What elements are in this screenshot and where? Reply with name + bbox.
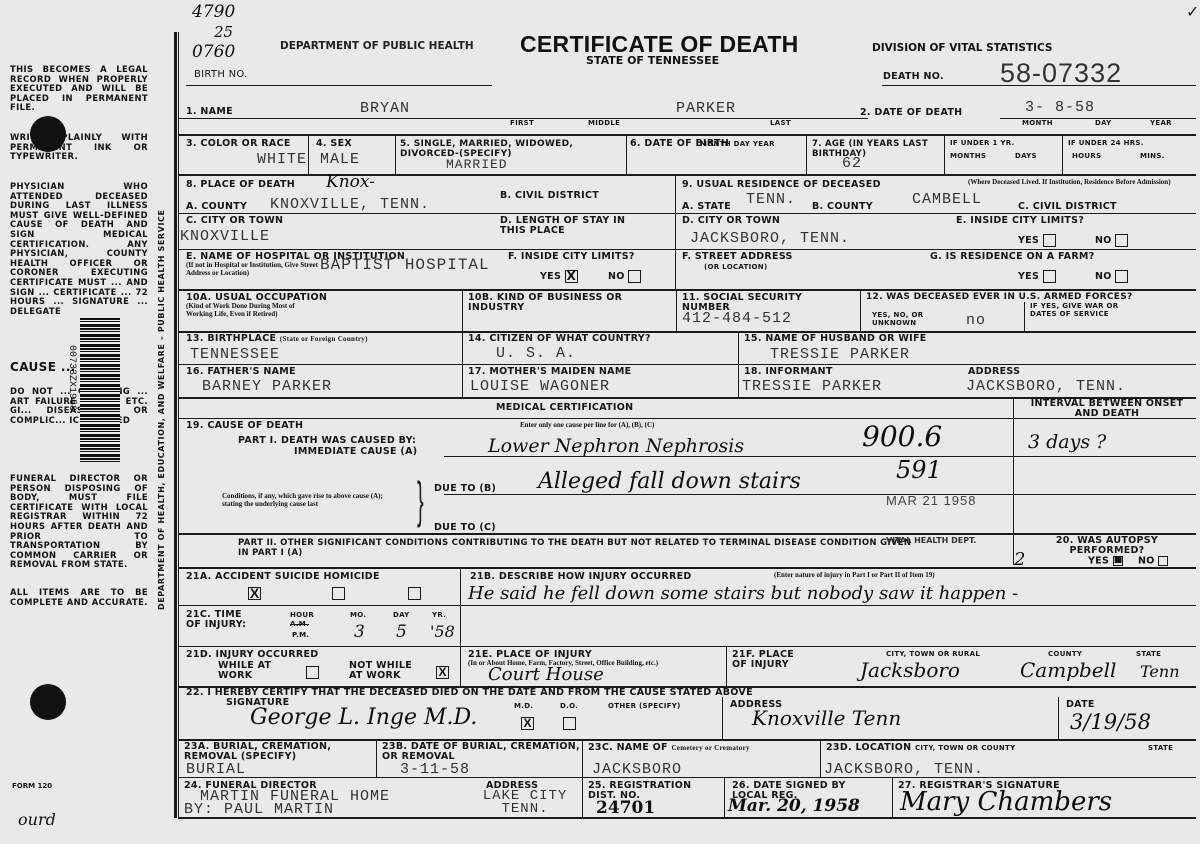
residence-inside-yes-checkbox[interactable]: [1043, 234, 1056, 247]
divider: [582, 739, 583, 777]
describe-injury-value: He said he fell down some stairs but nob…: [468, 584, 1018, 604]
received-stamp: MAR 21 1958: [886, 493, 977, 508]
birthplace-value: TENNESSEE: [190, 347, 280, 363]
injury-state-value: Tenn: [1140, 662, 1180, 682]
department-label: DEPARTMENT OF PUBLIC HEALTH: [280, 40, 474, 52]
suicide-checkbox[interactable]: [332, 587, 345, 600]
street-address-label: F. STREET ADDRESS: [682, 252, 793, 262]
year-label: YEAR: [1150, 120, 1172, 128]
residence-inside-no-checkbox[interactable]: [1115, 234, 1128, 247]
divider: [308, 134, 309, 174]
informant-address-value: JACKSBORO, TENN.: [966, 379, 1126, 395]
funeral-director-by: BY: PAUL MARTIN: [184, 802, 334, 818]
place-of-death-handwritten: Knox-: [326, 172, 375, 192]
part-2-label: PART II. OTHER SIGNIFICANT CONDITIONS CO…: [238, 538, 918, 558]
divider: [462, 289, 463, 331]
residence-county-value: CAMBELL: [912, 192, 982, 208]
inside-city-yes-checkbox[interactable]: X: [565, 270, 578, 283]
due-to-b-label: DUE TO (B): [434, 484, 496, 494]
inside-city-limits-label: F. INSIDE CITY LIMITS?: [508, 252, 635, 262]
armed-forces-value: no: [966, 313, 986, 329]
divider: [806, 134, 807, 174]
autopsy-yes-checkbox[interactable]: ■: [1113, 556, 1123, 566]
not-while-at-work-checkbox-wrap[interactable]: X: [436, 664, 449, 682]
autopsy-yes[interactable]: YES ■: [1088, 556, 1123, 567]
divider: [722, 697, 723, 739]
injury-type-label: 21A. ACCIDENT SUICIDE HOMICIDE: [186, 571, 380, 582]
row-divider: [178, 777, 1196, 778]
armed-forces-sub: YES, NO, OR UNKNOWN: [872, 312, 942, 327]
do-checkbox[interactable]: [563, 717, 576, 730]
row-divider: [178, 605, 1196, 606]
civil-district-label: B. CIVIL DISTRICT: [500, 191, 620, 201]
divider: [582, 777, 583, 818]
armed-forces-label: 12. WAS DECEASED EVER IN U.S. ARMED FORC…: [866, 292, 1133, 302]
residence-inside-yes[interactable]: YES: [1018, 234, 1056, 247]
street-address-note: (OR LOCATION): [704, 264, 767, 272]
health-dept-stamp: VITAL HEALTH DEPT.: [886, 536, 976, 545]
yes-label: YES: [1088, 556, 1109, 567]
burial-date-label: 23B. DATE OF BURIAL, CREMATION, OR REMOV…: [382, 742, 582, 761]
row-divider: [178, 289, 1196, 291]
row-divider: [178, 646, 1196, 647]
other-label: OTHER (SPECIFY): [608, 703, 681, 711]
burial-method-value: BURIAL: [186, 762, 246, 778]
informant-label: 18. INFORMANT: [744, 367, 833, 377]
cause-a-code: 900.6: [862, 422, 942, 452]
residence-county-label: B. COUNTY: [812, 202, 873, 212]
county-value: KNOXVILLE, TENN.: [270, 197, 430, 213]
accident-checkbox[interactable]: X: [248, 587, 261, 600]
occupation-note: (Kind of Work Done During Most of Workin…: [186, 303, 316, 318]
burial-location-label: 23D. LOCATION CITY, TOWN OR COUNTY: [826, 743, 1015, 753]
residence-state-label: A. STATE: [682, 202, 731, 212]
place-of-injury-value: Court House: [488, 665, 604, 685]
divider: [376, 739, 377, 777]
injury-city-value: Jacksboro: [860, 660, 960, 680]
injury-state-label: STATE: [1136, 651, 1161, 659]
place-f-label: 21F. PLACE OF INJURY: [732, 650, 802, 670]
birth-no-line: [186, 85, 492, 86]
row-divider: [178, 533, 1196, 535]
hospital-value: BAPTIST HOSPITAL: [320, 257, 490, 273]
medical-certification-title: MEDICAL CERTIFICATION: [496, 403, 633, 413]
cemetery-value: JACKSBORO: [592, 762, 682, 778]
birthplace-label: 13. BIRTHPLACE (State or Foreign Country…: [186, 334, 368, 344]
inside-city-no-checkbox[interactable]: [628, 270, 641, 283]
injury-month-value: 3: [354, 622, 365, 642]
death-no-label: DEATH NO.: [883, 72, 944, 82]
divider: [1024, 302, 1025, 331]
sex-value: MALE: [320, 152, 360, 168]
certify-date-label: DATE: [1066, 700, 1095, 710]
divider: [460, 646, 461, 688]
residence-inside-no[interactable]: NO: [1095, 234, 1128, 247]
registration-district-value: 24701: [596, 798, 655, 818]
city-value: KNOXVILLE: [180, 229, 270, 245]
injury-day-value: 5: [396, 622, 407, 642]
notice-funeral-director: FUNERAL DIRECTOR OR PERSON DISPOSING OF …: [10, 474, 148, 570]
location-note: CITY, TOWN OR COUNTY: [915, 744, 1016, 752]
yes-label: YES: [1018, 271, 1039, 282]
spouse-value: TRESSIE PARKER: [770, 347, 910, 363]
funeral-address-value: LAKE CITY TENN.: [466, 790, 584, 816]
row-divider: [178, 364, 1196, 365]
farm-label: G. IS RESIDENCE ON A FARM?: [930, 252, 1095, 262]
divider: [1013, 397, 1014, 565]
do-checkbox-wrap[interactable]: [563, 715, 576, 733]
hour-label: HOUR: [290, 612, 314, 620]
city-label: C. CITY OR TOWN: [186, 216, 283, 226]
birthplace-note: (State or Foreign Country): [280, 335, 368, 343]
death-no-line: [882, 85, 1196, 86]
cause-instruction: Enter only one cause per line for (A), (…: [520, 422, 654, 430]
form-number: FORM 120: [12, 782, 52, 790]
hospital-note: (If not in Hospital or Institution, Give…: [186, 262, 318, 277]
state-label: STATE OF TENNESSEE: [586, 54, 719, 67]
autopsy-no-checkbox[interactable]: [1158, 556, 1168, 566]
date-of-death-value: 3- 8-58: [1025, 100, 1095, 116]
length-of-stay-label: D. LENGTH OF STAY IN THIS PLACE: [500, 216, 640, 236]
divider: [1062, 134, 1063, 174]
spouse-label: 15. NAME OF HUSBAND OR WIFE: [744, 334, 927, 344]
homicide-checkbox-wrap[interactable]: [408, 585, 421, 603]
cause-b-code: 591: [896, 460, 942, 480]
burial-method-label: 23A. BURIAL, CREMATION, REMOVAL (SPECIFY…: [184, 742, 384, 761]
yes-label: YES: [540, 271, 561, 282]
sex-label: 4. SEX: [316, 139, 352, 149]
punch-hole-bottom: [30, 684, 66, 720]
md-checkbox[interactable]: X: [521, 717, 534, 730]
notice-cause-title: CAUSE ... TH.: [10, 363, 148, 373]
name-label: 1. NAME: [186, 107, 233, 117]
vertical-department-text: DEPARTMENT OF HEALTH, EDUCATION, AND WEL…: [157, 195, 166, 625]
cause-b-line: [444, 494, 1196, 495]
color-race-value: WHITE: [257, 152, 307, 168]
notice-cause: DO NOT ... OF DYING ... ART FAILURE ... …: [10, 387, 148, 425]
months-label: MONTHS: [950, 153, 986, 161]
while-at-work-label: WHILE AT WORK: [218, 661, 288, 681]
do-label: D.O.: [560, 703, 578, 711]
conditions-note: Conditions, if any, which gave rise to a…: [222, 492, 400, 508]
registrar-signature: Mary Chambers: [900, 788, 1112, 816]
injury-county-value: Campbell: [1020, 660, 1116, 680]
county-label: A. COUNTY: [186, 202, 247, 212]
physician-signature: George L. Inge M.D.: [250, 708, 477, 728]
mother-label: 17. MOTHER'S MAIDEN NAME: [468, 367, 631, 377]
describe-injury-note: (Enter nature of injury in Part I or Par…: [774, 572, 935, 580]
cemetery-label: 23C. NAME OF Cemetery or Crematory: [588, 743, 750, 753]
cause-of-death-label: 19. CAUSE OF DEATH: [186, 421, 303, 431]
cause-b-value: Alleged fall down stairs: [538, 472, 801, 492]
date-signed-value: Mar. 20, 1958: [728, 796, 860, 816]
mins-label: MINS.: [1140, 153, 1165, 161]
farm-yes[interactable]: YES: [1018, 270, 1056, 283]
divider: [1058, 697, 1059, 739]
under-24-hrs-label: IF UNDER 24 HRS.: [1068, 140, 1144, 148]
ssn-value: 412-484-512: [682, 311, 792, 327]
row-divider: [178, 331, 1196, 333]
accident-label: 21A. ACCIDENT SUICIDE HOMICIDE: [186, 572, 380, 582]
notice-legal-record: THIS BECOMES A LEGAL RECORD WHEN PROPERL…: [10, 65, 148, 113]
autopsy-label: 20. WAS AUTOPSY PERFORMED?: [1032, 536, 1182, 556]
farm-yes-checkbox[interactable]: [1043, 270, 1056, 283]
marital-status-label: 5. SINGLE, MARRIED, WIDOWED, DIVORCED-(S…: [400, 139, 625, 159]
pm-label: P.M.: [292, 632, 309, 640]
date-of-death-label: 2. DATE OF DEATH: [860, 108, 962, 118]
farm-no-checkbox[interactable]: [1115, 270, 1128, 283]
immediate-cause-label: IMMEDIATE CAUSE (A): [294, 447, 417, 457]
cemetery-note: Cemetery or Crematory: [671, 744, 749, 752]
mo-label: MO.: [350, 612, 366, 620]
divider: [626, 134, 627, 174]
no-label: NO: [1138, 556, 1155, 567]
age-label: 7. AGE (IN YEARS LAST BIRTHDAY): [812, 139, 937, 159]
residence-city-value: JACKSBORO, TENN.: [690, 231, 850, 247]
clerk-initials: ourd: [18, 810, 56, 830]
birthplace-label-text: 13. BIRTHPLACE: [186, 333, 276, 344]
middle-label: MIDDLE: [588, 120, 620, 128]
location-label-text: 23D. LOCATION: [826, 742, 911, 753]
hours-label: HOURS: [1072, 153, 1101, 161]
row-divider: [178, 134, 1196, 136]
birth-no-line-3: 0760: [192, 42, 235, 62]
inside-city-yes[interactable]: YES X: [540, 270, 578, 283]
mother-value: LOUISE WAGONER: [470, 379, 610, 395]
injury-year-value: '58: [430, 622, 455, 642]
divider: [820, 739, 821, 777]
divider: [892, 777, 893, 818]
burial-date-value: 3-11-58: [400, 762, 470, 778]
notice-all-items: ALL ITEMS ARE TO BE COMPLETE AND ACCURAT…: [10, 588, 148, 607]
injury-occurred-label: 21D. INJURY OCCURRED: [186, 650, 318, 660]
divider: [944, 134, 945, 174]
birth-no-label: BIRTH NO.: [194, 70, 248, 80]
not-while-at-work-label: NOT WHILE AT WORK: [349, 661, 429, 681]
last-name-value: PARKER: [676, 101, 736, 117]
residence-state-value: TENN.: [746, 192, 796, 208]
informant-address-label: ADDRESS: [968, 367, 1020, 377]
father-label: 16. FATHER'S NAME: [186, 367, 296, 377]
while-at-work-checkbox[interactable]: [306, 666, 319, 679]
punch-hole-top: [30, 116, 66, 152]
birth-no-line-1: 4790: [192, 2, 235, 22]
residence-civil-label: C. CIVIL DISTRICT: [1018, 202, 1117, 212]
row-divider: [178, 213, 1196, 214]
birth-no-line-2: 25: [192, 22, 235, 42]
war-dates-label: IF YES, GIVE WAR OR DATES OF SERVICE: [1030, 303, 1120, 318]
divider: [724, 777, 725, 818]
md-label: M.D.: [514, 703, 533, 711]
no-label: NO: [608, 271, 625, 282]
form-left-border: [174, 32, 177, 818]
burial-location-value: JACKSBORO, TENN.: [824, 762, 984, 778]
month-label: MONTH: [1022, 120, 1053, 128]
under-1-yr-label: IF UNDER 1 YR.: [950, 140, 1015, 148]
farm-no[interactable]: NO: [1095, 270, 1128, 283]
no-label: NO: [1095, 235, 1112, 246]
barcode-number: 00733ZX1958: [66, 345, 77, 411]
homicide-checkbox[interactable]: [408, 587, 421, 600]
suicide-checkbox-wrap[interactable]: [332, 585, 345, 603]
time-of-injury-label: 21C. TIME OF INJURY:: [186, 610, 256, 630]
residence-city-label: D. CITY OR TOWN: [682, 216, 780, 226]
residence-label: 9. USUAL RESIDENCE OF DECEASED: [682, 180, 881, 190]
days-label: DAYS: [1015, 153, 1037, 161]
father-value: BARNEY PARKER: [202, 379, 332, 395]
color-race-label: 3. COLOR OR RACE: [186, 139, 306, 149]
divider: [726, 646, 727, 688]
row-divider: [178, 418, 1196, 419]
first-label: FIRST: [510, 120, 534, 128]
due-to-c-label: DUE TO (C): [434, 523, 496, 533]
interval-label: INTERVAL BETWEEN ONSET AND DEATH: [1022, 399, 1192, 419]
divider: [675, 174, 676, 290]
divider: [860, 289, 861, 331]
accident-checkbox-wrap[interactable]: X: [248, 585, 261, 603]
business-label: 10B. KIND OF BUSINESS OR INDUSTRY: [468, 293, 668, 313]
birth-no-handwritten: 4790 25 0760: [192, 2, 235, 62]
first-name-value: BRYAN: [360, 101, 410, 117]
residence-note: (Where Deceased Lived. If Institution, R…: [968, 179, 1194, 187]
not-while-at-work-checkbox[interactable]: X: [436, 666, 449, 679]
place-of-death-label: 8. PLACE OF DEATH: [186, 180, 295, 190]
part-1-label: PART I. DEATH WAS CAUSED BY:: [238, 436, 416, 446]
row-divider: [178, 249, 1196, 250]
interval-a-value: 3 days ?: [1028, 432, 1106, 452]
inside-city-no[interactable]: NO: [608, 270, 641, 283]
yes-label: YES: [1018, 235, 1039, 246]
describe-injury-label: 21B. DESCRIBE HOW INJURY OCCURRED: [470, 572, 692, 582]
am-label: A.M.: [290, 621, 309, 629]
yr-label: YR.: [432, 612, 446, 620]
dob-columns: MONTH DAY YEAR: [700, 141, 775, 149]
burial-state-label: STATE: [1148, 745, 1173, 753]
divider: [676, 289, 677, 331]
notice-physician: PHYSICIAN WHO ATTENDED DECEASED DURING L…: [10, 182, 148, 316]
cemetery-label-text: 23C. NAME OF: [588, 742, 668, 753]
last-label: LAST: [770, 120, 791, 128]
certify-address-value: Knoxville Tenn: [752, 708, 901, 728]
check-mark: ✓: [1186, 2, 1199, 22]
citizen-label: 14. CITIZEN OF WHAT COUNTRY?: [468, 334, 651, 344]
md-checkbox-wrap[interactable]: X: [521, 715, 534, 733]
barcode: [80, 318, 120, 463]
divider: [395, 134, 396, 174]
no-label: NO: [1095, 271, 1112, 282]
row-divider: [178, 567, 1196, 569]
while-at-work-checkbox-wrap[interactable]: [306, 664, 319, 682]
day-label: DAY: [1095, 120, 1112, 128]
division-label: DIVISION OF VITAL STATISTICS: [872, 42, 1052, 54]
form-left-border-inner: [178, 32, 179, 818]
age-value: 62: [842, 156, 862, 172]
cause-a-value: Lower Nephron Nephrosis: [488, 436, 744, 456]
informant-value: TRESSIE PARKER: [742, 379, 882, 395]
form-bottom-border: [178, 817, 1196, 819]
cause-a-line: [444, 456, 1196, 457]
divider: [460, 567, 461, 647]
residence-inside-city-label: E. INSIDE CITY LIMITS?: [956, 216, 1084, 226]
citizen-value: U. S. A.: [496, 346, 576, 362]
day-label: DAY: [393, 612, 410, 620]
marital-status-value: MARRIED: [446, 157, 508, 173]
autopsy-no[interactable]: NO: [1138, 556, 1168, 567]
certify-date-value: 3/19/58: [1070, 712, 1151, 732]
brace: }: [417, 475, 424, 525]
